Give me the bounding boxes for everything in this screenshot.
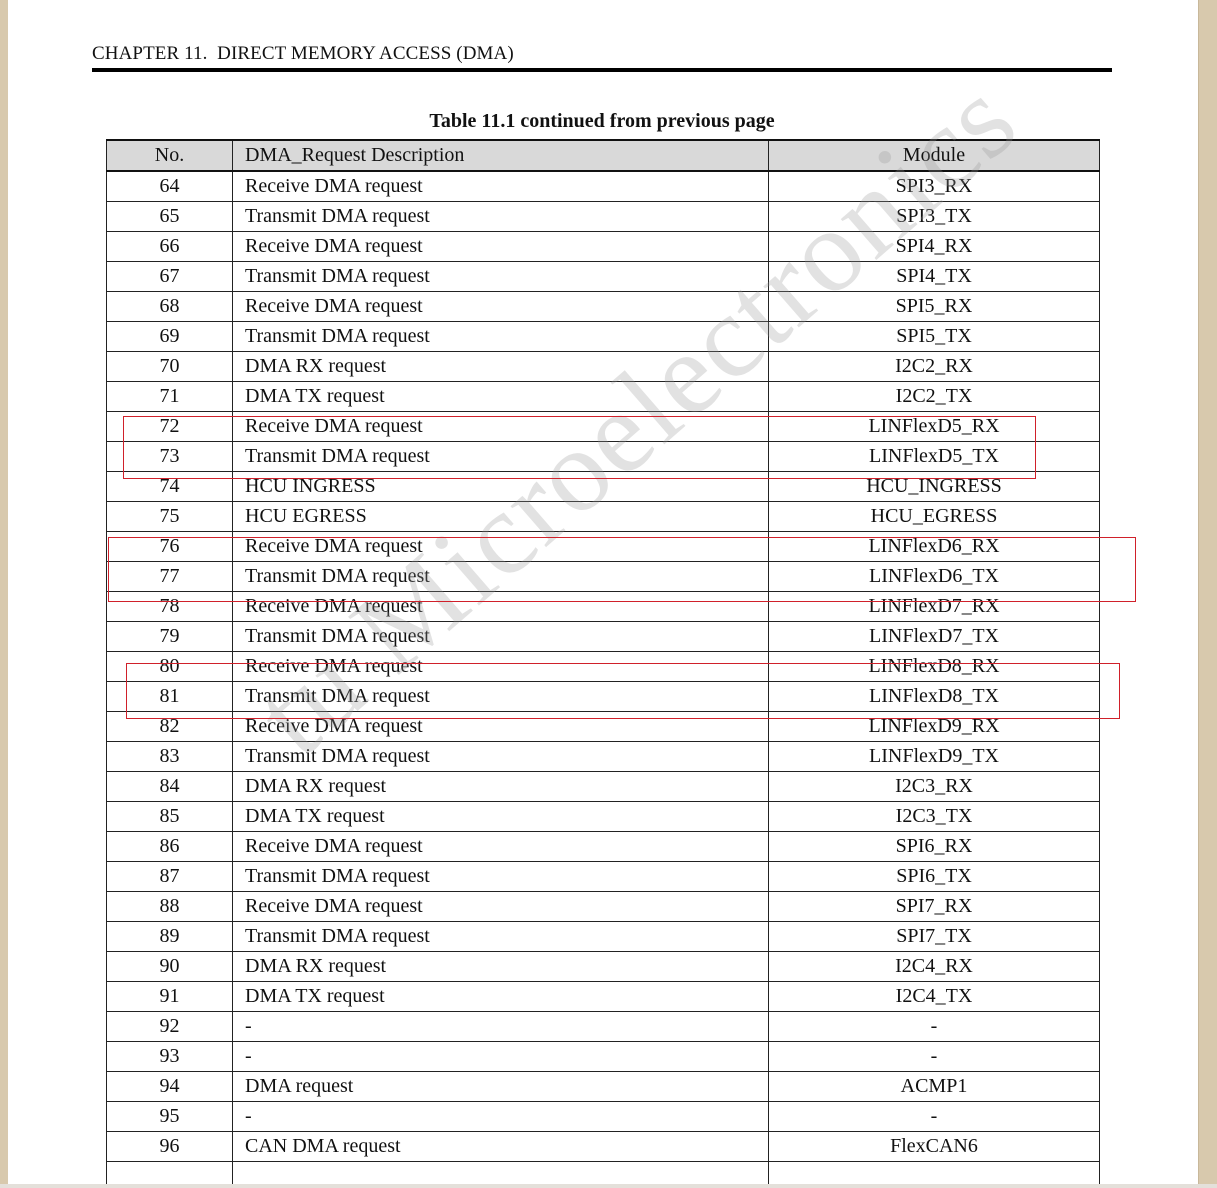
cell-no: 74: [107, 472, 233, 502]
table-row: 93--: [107, 1042, 1100, 1072]
cell-no: 71: [107, 382, 233, 412]
cell-module: LINFlexD9_RX: [769, 712, 1100, 742]
cell-description: Receive DMA request: [233, 292, 769, 322]
cell-no: 94: [107, 1072, 233, 1102]
cell-module: LINFlexD6_RX: [769, 532, 1100, 562]
cell-module: -: [769, 1012, 1100, 1042]
cell-module: LINFlexD7_RX: [769, 592, 1100, 622]
cell-no: 85: [107, 802, 233, 832]
cell-description: Transmit DMA request: [233, 862, 769, 892]
cell-module: I2C3_TX: [769, 802, 1100, 832]
table-row: 91DMA TX requestI2C4_TX: [107, 982, 1100, 1012]
table-row: 65Transmit DMA requestSPI3_TX: [107, 202, 1100, 232]
table-row: 78Receive DMA requestLINFlexD7_RX: [107, 592, 1100, 622]
cell-description: Receive DMA request: [233, 892, 769, 922]
table-row: 82Receive DMA requestLINFlexD9_RX: [107, 712, 1100, 742]
cell-description: Transmit DMA request: [233, 322, 769, 352]
table-row: 72Receive DMA requestLINFlexD5_RX: [107, 412, 1100, 442]
cell-description: DMA RX request: [233, 352, 769, 382]
cell-no: 67: [107, 262, 233, 292]
cell-module: SPI4_RX: [769, 232, 1100, 262]
cell-description: HCU EGRESS: [233, 502, 769, 532]
cell-module: LINFlexD5_RX: [769, 412, 1100, 442]
table-row: 73Transmit DMA requestLINFlexD5_TX: [107, 442, 1100, 472]
viewer-margin-left: [0, 0, 8, 1188]
table-row: 95--: [107, 1102, 1100, 1132]
cell-description: Transmit DMA request: [233, 562, 769, 592]
table-row: 81Transmit DMA requestLINFlexD8_TX: [107, 682, 1100, 712]
cell-module: FlexCAN6: [769, 1132, 1100, 1162]
cell-description: DMA TX request: [233, 382, 769, 412]
cell-description: -: [233, 1042, 769, 1072]
cell-no: 73: [107, 442, 233, 472]
cell-description: DMA RX request: [233, 772, 769, 802]
column-header-description: DMA_Request Description: [233, 140, 769, 171]
cell-description: Receive DMA request: [233, 232, 769, 262]
table-row: 96CAN DMA requestFlexCAN6: [107, 1132, 1100, 1162]
cell-no: 88: [107, 892, 233, 922]
cell-no: 65: [107, 202, 233, 232]
table-row: 92--: [107, 1012, 1100, 1042]
cell-description: Receive DMA request: [233, 532, 769, 562]
cell-module: I2C4_TX: [769, 982, 1100, 1012]
cell-description: Transmit DMA request: [233, 922, 769, 952]
cell-no: 64: [107, 171, 233, 202]
cell-no: 78: [107, 592, 233, 622]
cell-description: Receive DMA request: [233, 592, 769, 622]
table-row: 89Transmit DMA requestSPI7_TX: [107, 922, 1100, 952]
viewer-margin-right: [1198, 0, 1217, 1188]
cell-description: Receive DMA request: [233, 171, 769, 202]
cell-module: LINFlexD5_TX: [769, 442, 1100, 472]
cell-description: -: [233, 1102, 769, 1132]
table-row: 86Receive DMA requestSPI6_RX: [107, 832, 1100, 862]
table-row: 90DMA RX requestI2C4_RX: [107, 952, 1100, 982]
cell-module: I2C2_RX: [769, 352, 1100, 382]
cell-description: -: [233, 1012, 769, 1042]
cell-module: I2C2_TX: [769, 382, 1100, 412]
cell-description: Receive DMA request: [233, 652, 769, 682]
cell-module: SPI3_TX: [769, 202, 1100, 232]
table-row: 85DMA TX requestI2C3_TX: [107, 802, 1100, 832]
cell-module: -: [769, 1042, 1100, 1072]
cell-description: Receive DMA request: [233, 832, 769, 862]
cell-description: DMA request: [233, 1072, 769, 1102]
table-row: 84DMA RX requestI2C3_RX: [107, 772, 1100, 802]
viewer-bottom-edge: [0, 1184, 1217, 1188]
cell-module: I2C4_RX: [769, 952, 1100, 982]
cell-no: 90: [107, 952, 233, 982]
cell-no: 95: [107, 1102, 233, 1132]
cell-module: LINFlexD6_TX: [769, 562, 1100, 592]
table-row: 70DMA RX requestI2C2_RX: [107, 352, 1100, 382]
cell-no: 92: [107, 1012, 233, 1042]
cell-description: Transmit DMA request: [233, 742, 769, 772]
cell-no: 84: [107, 772, 233, 802]
table-header-row: No. DMA_Request Description Module: [107, 140, 1100, 171]
cell-module: LINFlexD8_RX: [769, 652, 1100, 682]
table-row: 87Transmit DMA requestSPI6_TX: [107, 862, 1100, 892]
cell-module: SPI5_RX: [769, 292, 1100, 322]
table-row: 75HCU EGRESSHCU_EGRESS: [107, 502, 1100, 532]
table-body: 64Receive DMA requestSPI3_RX65Transmit D…: [107, 171, 1100, 1188]
cell-description: CAN DMA request: [233, 1132, 769, 1162]
table-row: 64Receive DMA requestSPI3_RX: [107, 171, 1100, 202]
column-header-no: No.: [107, 140, 233, 171]
cell-module: SPI6_TX: [769, 862, 1100, 892]
cell-no: 93: [107, 1042, 233, 1072]
cell-description: HCU INGRESS: [233, 472, 769, 502]
table-row: 80Receive DMA requestLINFlexD8_RX: [107, 652, 1100, 682]
cell-module: SPI6_RX: [769, 832, 1100, 862]
table-row: 79Transmit DMA requestLINFlexD7_TX: [107, 622, 1100, 652]
cell-description: Receive DMA request: [233, 712, 769, 742]
table-row: 83Transmit DMA requestLINFlexD9_TX: [107, 742, 1100, 772]
cell-description: DMA RX request: [233, 952, 769, 982]
cell-no: 76: [107, 532, 233, 562]
table-row: 66Receive DMA requestSPI4_RX: [107, 232, 1100, 262]
table-row: 69Transmit DMA requestSPI5_TX: [107, 322, 1100, 352]
cell-no: 89: [107, 922, 233, 952]
cell-no: 68: [107, 292, 233, 322]
cell-description: Transmit DMA request: [233, 442, 769, 472]
cell-module: SPI4_TX: [769, 262, 1100, 292]
cell-description: Transmit DMA request: [233, 682, 769, 712]
cell-module: HCU_EGRESS: [769, 502, 1100, 532]
cell-no: 81: [107, 682, 233, 712]
cell-no: 91: [107, 982, 233, 1012]
cell-no: 82: [107, 712, 233, 742]
cell-description: Transmit DMA request: [233, 622, 769, 652]
cell-description: DMA TX request: [233, 802, 769, 832]
table-row: 94DMA requestACMP1: [107, 1072, 1100, 1102]
table-caption: Table 11.1 continued from previous page: [106, 110, 1098, 133]
cell-no: 87: [107, 862, 233, 892]
cell-description: Transmit DMA request: [233, 202, 769, 232]
cell-no: 66: [107, 232, 233, 262]
cell-module: -: [769, 1102, 1100, 1132]
table-row: 74HCU INGRESSHCU_INGRESS: [107, 472, 1100, 502]
cell-module: LINFlexD9_TX: [769, 742, 1100, 772]
cell-module: SPI7_TX: [769, 922, 1100, 952]
table-row: 76Receive DMA requestLINFlexD6_RX: [107, 532, 1100, 562]
cell-no: 96: [107, 1132, 233, 1162]
cell-module: I2C3_RX: [769, 772, 1100, 802]
cell-no: 86: [107, 832, 233, 862]
table-row: 68Receive DMA requestSPI5_RX: [107, 292, 1100, 322]
cell-module: LINFlexD7_TX: [769, 622, 1100, 652]
table-row: 77Transmit DMA requestLINFlexD6_TX: [107, 562, 1100, 592]
cell-module: SPI5_TX: [769, 322, 1100, 352]
cell-no: 72: [107, 412, 233, 442]
cell-no: 69: [107, 322, 233, 352]
dma-request-table: No. DMA_Request Description Module 64Rec…: [106, 139, 1100, 1188]
cell-module: SPI3_RX: [769, 171, 1100, 202]
cell-no: 79: [107, 622, 233, 652]
cell-description: Receive DMA request: [233, 412, 769, 442]
cell-no: 83: [107, 742, 233, 772]
header-rule: [92, 68, 1112, 72]
cell-no: 75: [107, 502, 233, 532]
table-row: 67Transmit DMA requestSPI4_TX: [107, 262, 1100, 292]
table-row: 88Receive DMA requestSPI7_RX: [107, 892, 1100, 922]
cell-module: HCU_INGRESS: [769, 472, 1100, 502]
table-row: 71DMA TX requestI2C2_TX: [107, 382, 1100, 412]
running-head: CHAPTER 11. DIRECT MEMORY ACCESS (DMA): [92, 43, 514, 65]
cell-description: Transmit DMA request: [233, 262, 769, 292]
cell-module: LINFlexD8_TX: [769, 682, 1100, 712]
cell-module: SPI7_RX: [769, 892, 1100, 922]
cell-module: ACMP1: [769, 1072, 1100, 1102]
cell-description: DMA TX request: [233, 982, 769, 1012]
cell-no: 77: [107, 562, 233, 592]
cell-no: 80: [107, 652, 233, 682]
column-header-module: Module: [769, 140, 1100, 171]
cell-no: 70: [107, 352, 233, 382]
